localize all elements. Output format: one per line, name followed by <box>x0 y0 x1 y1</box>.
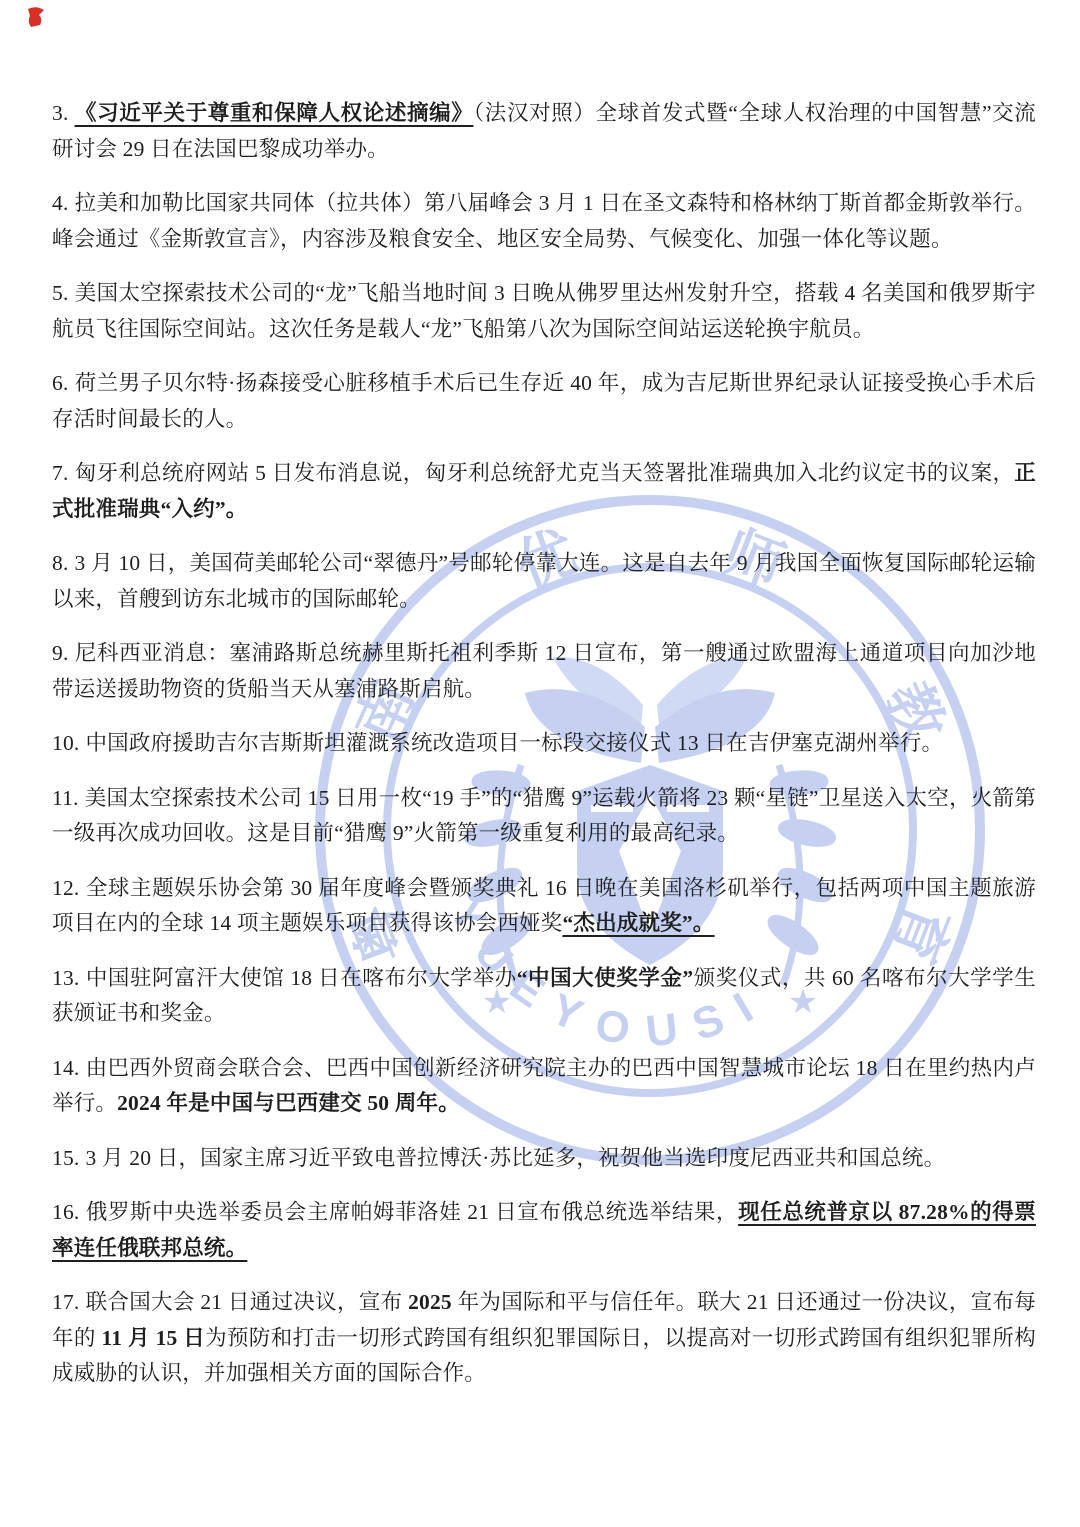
item-text: 俄罗斯中央选举委员会主席帕姆菲洛娃 21 日宣布俄总统选举结果， <box>85 1200 738 1224</box>
item-text: 拉美和加勒比国家共同体（拉共体）第八届峰会 3 月 1 日在圣文森特和格林纳丁斯… <box>52 191 1036 251</box>
item-number: 13. <box>52 966 85 990</box>
news-item: 8.3 月 10 日，美国荷美邮轮公司“翠德丹”号邮轮停靠大连。这是自去年 9 … <box>52 546 1036 617</box>
news-item: 7.匈牙利总统府网站 5 日发布消息说，匈牙利总统舒尤克当天签署批准瑞典加入北约… <box>52 456 1036 527</box>
item-emphasis-underlined: “杰出成就奖”。 <box>562 911 714 935</box>
item-emphasis-bold: 2024 年是中国与巴西建交 50 周年。 <box>117 1091 460 1115</box>
news-item: 13.中国驻阿富汗大使馆 18 日在喀布尔大学举办“中国大使奖学金”颁奖仪式，共… <box>52 961 1036 1032</box>
item-number: 3. <box>52 101 75 125</box>
news-item: 11.美国太空探索技术公司 15 日用一枚“19 手”的“猎鹰 9”运载火箭将 … <box>52 781 1036 852</box>
news-item: 16.俄罗斯中央选举委员会主席帕姆菲洛娃 21 日宣布俄总统选举结果，现任总统普… <box>52 1195 1036 1266</box>
news-item: 6.荷兰男子贝尔特·扬森接受心脏移植手术后已生存近 40 年，成为吉尼斯世界纪录… <box>52 366 1036 437</box>
item-emphasis-underlined: 《习近平关于尊重和保障人权论述摘编》 <box>75 101 474 125</box>
item-number: 8. <box>52 551 75 575</box>
item-text: 荷兰男子贝尔特·扬森接受心脏移植手术后已生存近 40 年，成为吉尼斯世界纪录认证… <box>52 371 1036 431</box>
item-emphasis-bold: 11 月 15 日 <box>102 1326 206 1350</box>
item-text: 美国太空探索技术公司的“龙”飞船当地时间 3 日晚从佛罗里达州发射升空，搭载 4… <box>52 281 1036 341</box>
item-text: 中国驻阿富汗大使馆 18 日在喀布尔大学举办 <box>85 966 516 990</box>
item-text: 联合国大会 21 日通过决议，宣布 <box>85 1290 408 1314</box>
item-emphasis-bold: “中国大使奖学金” <box>517 966 694 990</box>
news-item: 4.拉美和加勒比国家共同体（拉共体）第八届峰会 3 月 1 日在圣文森特和格林纳… <box>52 186 1036 257</box>
item-number: 4. <box>52 191 75 215</box>
news-item-list: 3.《习近平关于尊重和保障人权论述摘编》（法汉对照）全球首发式暨“全球人权治理的… <box>52 96 1036 1411</box>
red-stamp-mark-icon <box>25 5 47 29</box>
news-item: 15.3 月 20 日，国家主席习近平致电普拉博沃·苏比延多，祝贺他当选印度尼西… <box>52 1141 1036 1177</box>
news-item: 10.中国政府援助吉尔吉斯斯坦灌溉系统改造项目一标段交接仪式 13 日在吉伊塞克… <box>52 726 1036 762</box>
news-item: 12.全球主题娱乐协会第 30 届年度峰会暨颁奖典礼 16 日晚在美国洛杉矶举行… <box>52 871 1036 942</box>
item-number: 14. <box>52 1056 85 1080</box>
item-text: 3 月 20 日，国家主席习近平致电普拉博沃·苏比延多，祝贺他当选印度尼西亚共和… <box>85 1146 945 1170</box>
item-number: 6. <box>52 371 75 395</box>
item-number: 15. <box>52 1146 85 1170</box>
item-number: 7. <box>52 461 75 485</box>
item-text: 全球主题娱乐协会第 30 届年度峰会暨颁奖典礼 16 日晚在美国洛杉矶举行，包括… <box>52 876 1036 936</box>
item-text: 美国太空探索技术公司 15 日用一枚“19 手”的“猎鹰 9”运载火箭将 23 … <box>52 786 1036 846</box>
item-number: 17. <box>52 1290 85 1314</box>
item-number: 12. <box>52 876 85 900</box>
news-item: 5.美国太空探索技术公司的“龙”飞船当地时间 3 日晚从佛罗里达州发射升空，搭载… <box>52 276 1036 347</box>
document-page: 优 师 南 教 粤 育 YUEYOUSI <box>0 0 1080 1527</box>
news-item: 3.《习近平关于尊重和保障人权论述摘编》（法汉对照）全球首发式暨“全球人权治理的… <box>52 96 1036 167</box>
item-text: 尼科西亚消息：塞浦路斯总统赫里斯托祖利季斯 12 日宣布，第一艘通过欧盟海上通道… <box>52 641 1036 701</box>
news-item: 9.尼科西亚消息：塞浦路斯总统赫里斯托祖利季斯 12 日宣布，第一艘通过欧盟海上… <box>52 636 1036 707</box>
item-emphasis-bold: 2025 <box>408 1290 452 1314</box>
news-item: 17.联合国大会 21 日通过决议，宣布 2025 年为国际和平与信任年。联大 … <box>52 1285 1036 1392</box>
item-number: 5. <box>52 281 75 305</box>
item-text: 匈牙利总统府网站 5 日发布消息说，匈牙利总统舒尤克当天签署批准瑞典加入北约议定… <box>75 461 1015 485</box>
item-number: 11. <box>52 786 85 810</box>
item-number: 16. <box>52 1200 85 1224</box>
item-text: 中国政府援助吉尔吉斯斯坦灌溉系统改造项目一标段交接仪式 13 日在吉伊塞克湖州举… <box>85 731 943 755</box>
news-item: 14.由巴西外贸商会联合会、巴西中国创新经济研究院主办的巴西中国智慧城市论坛 1… <box>52 1051 1036 1122</box>
item-number: 9. <box>52 641 75 665</box>
item-number: 10. <box>52 731 85 755</box>
item-text: 3 月 10 日，美国荷美邮轮公司“翠德丹”号邮轮停靠大连。这是自去年 9 月我… <box>52 551 1036 611</box>
